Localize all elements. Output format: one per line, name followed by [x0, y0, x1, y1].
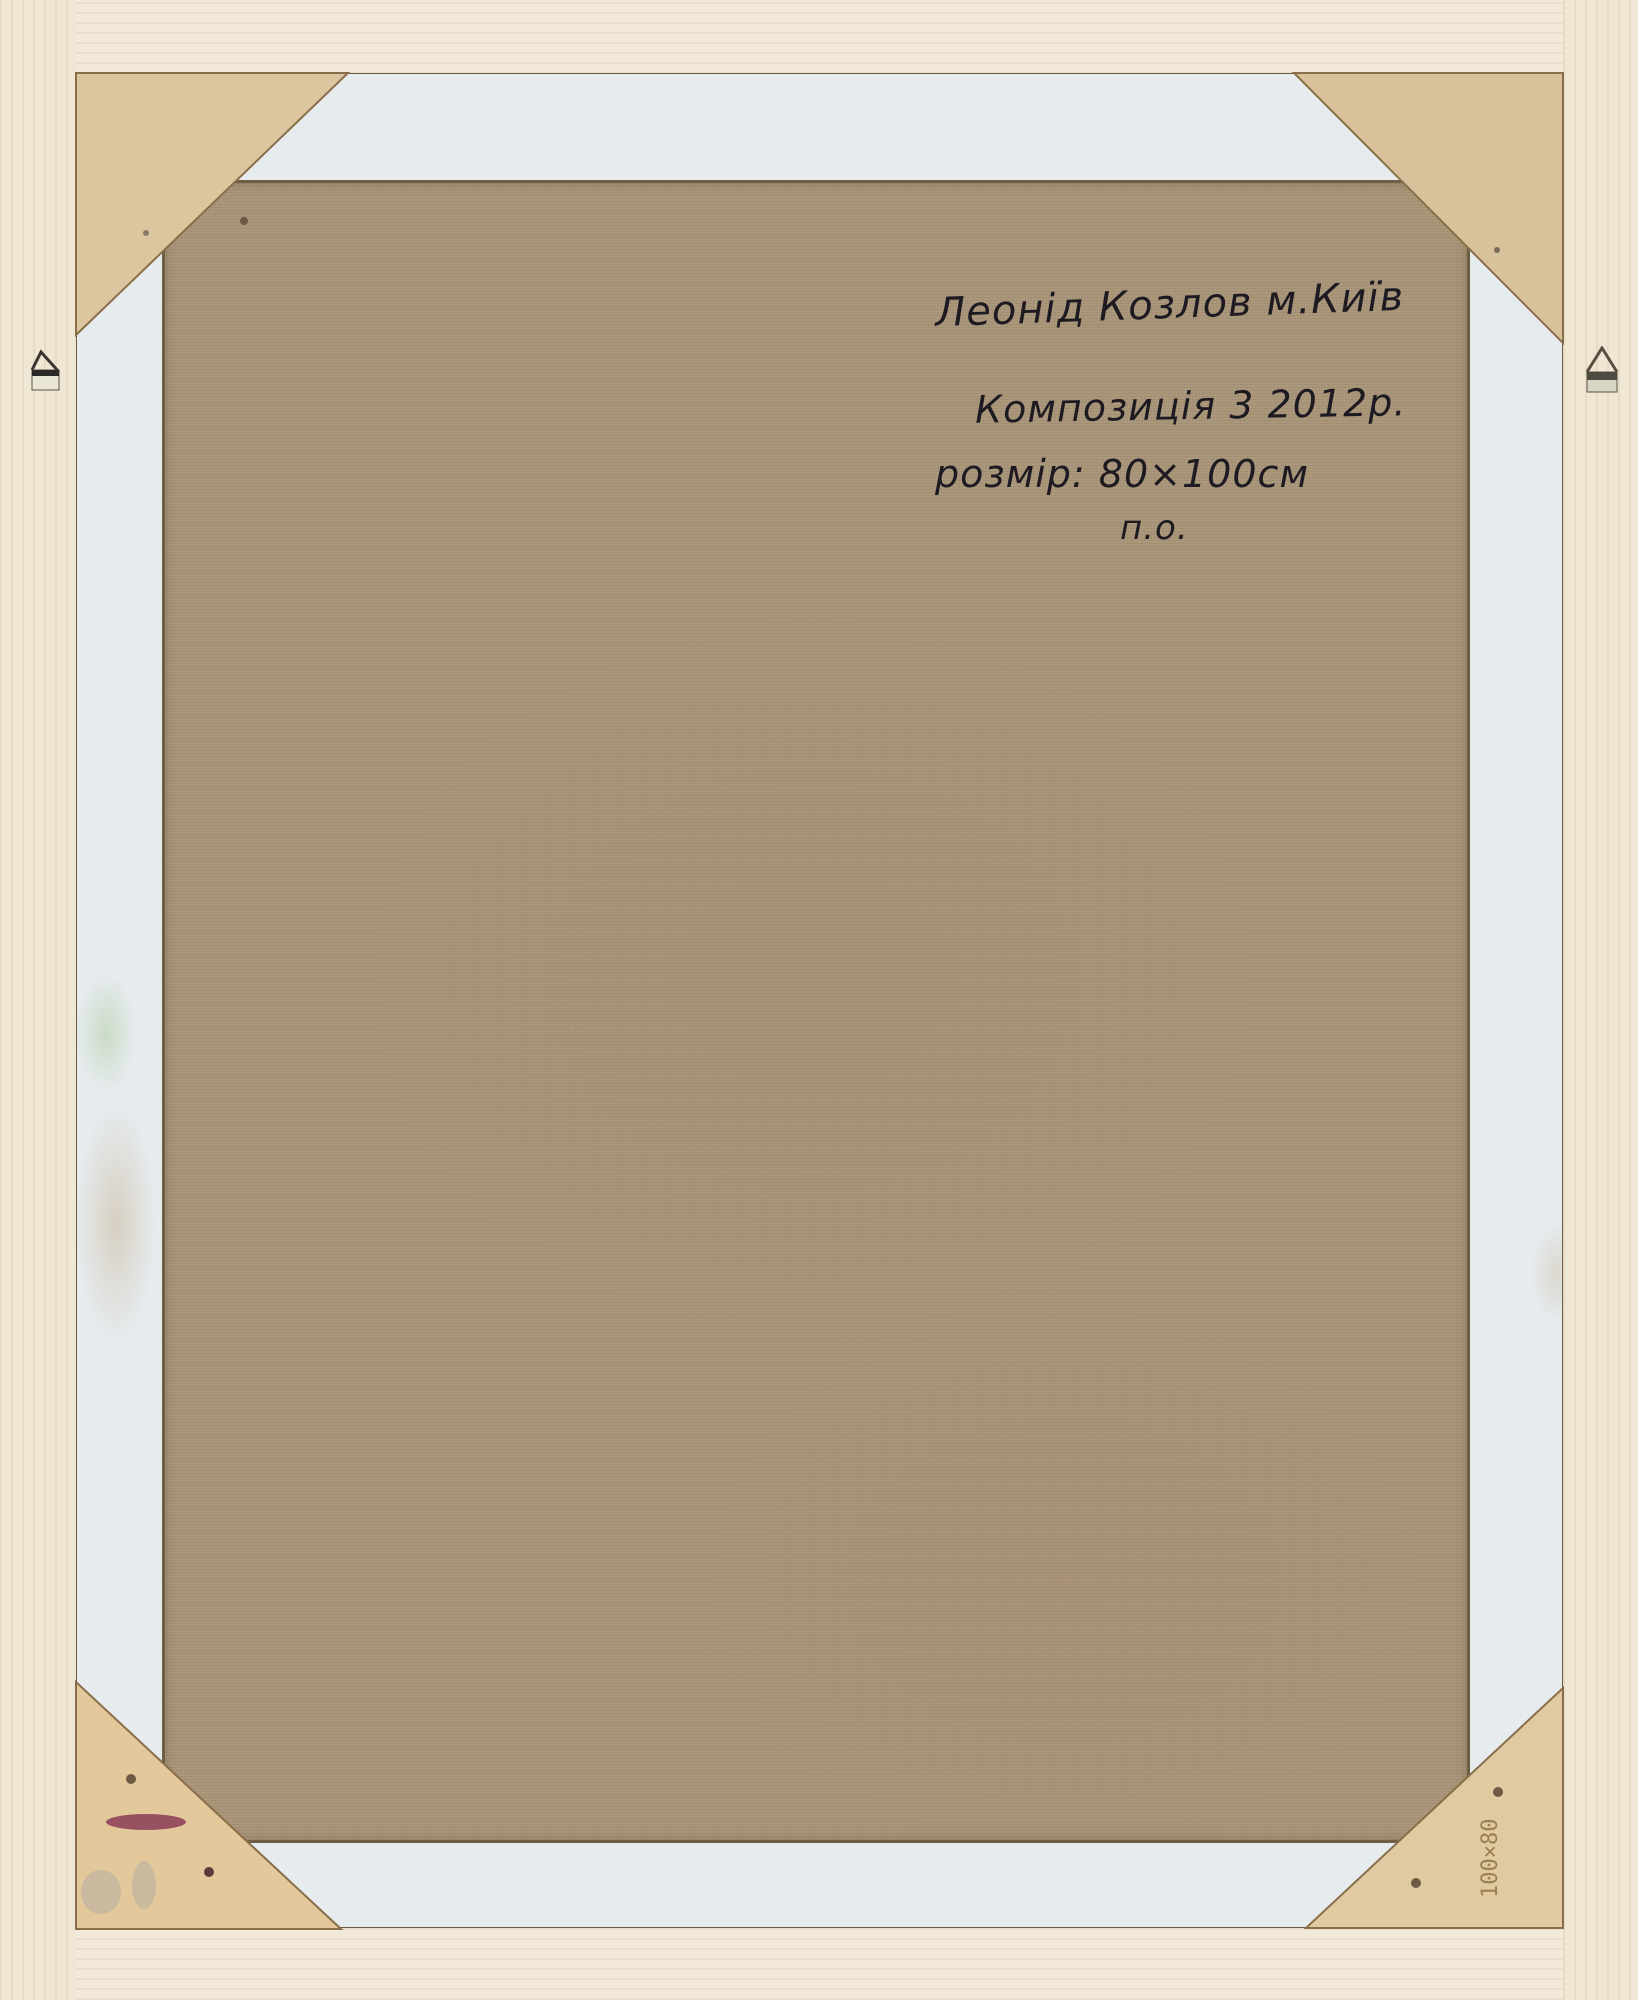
sawtooth-hanger-left	[28, 348, 62, 396]
painting-back-photo: Леонід Козлов м.Київ Композиція 3 2012р.…	[0, 0, 1638, 2000]
inscription-title-year: Композиція 3 2012р.	[975, 380, 1407, 432]
sawtooth-hanger-right	[1584, 346, 1618, 394]
inscription-medium: п.о.	[1120, 508, 1189, 548]
frame-right-bar	[1563, 0, 1638, 2000]
frame-left-bar	[0, 0, 76, 2000]
frame-bottom-bar	[0, 1928, 1638, 2000]
inscription-size: розмір: 80×100см	[935, 452, 1309, 496]
pencil-size-mark: 100×80	[1478, 1819, 1503, 1898]
canvas-back	[162, 180, 1470, 1843]
frame-top-bar	[0, 0, 1638, 74]
